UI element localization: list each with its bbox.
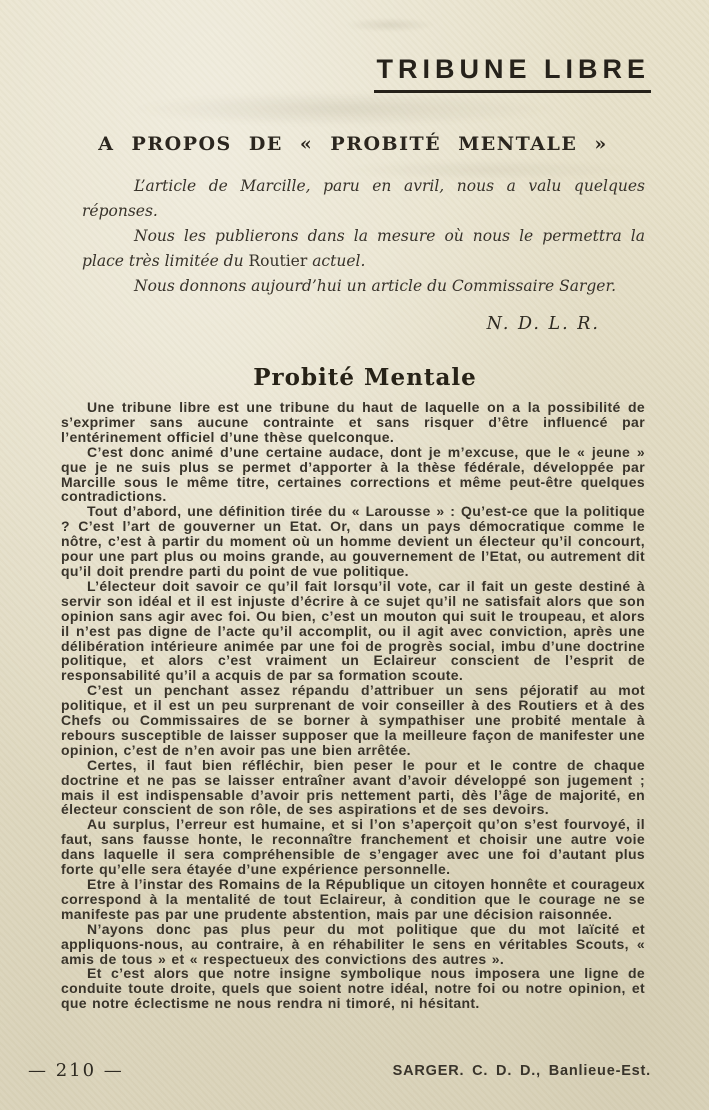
body-paragraph: N’ayons donc pas plus peur du mot politi… xyxy=(61,922,645,967)
body-paragraph: C’est donc animé d’une certaine audace, … xyxy=(61,445,645,505)
masthead: TRIBUNE LIBRE xyxy=(61,54,645,93)
section-title: Probité Mentale xyxy=(73,364,657,391)
scanned-magazine-page: TRIBUNE LIBRE A PROPOS DE « PROBITÉ MENT… xyxy=(0,0,709,1110)
body-paragraph: Au surplus, l’erreur est humaine, et si … xyxy=(61,817,645,877)
journal-name: Routier xyxy=(249,252,308,270)
body-paragraph: Une tribune libre est une tribune du hau… xyxy=(61,400,645,445)
body-paragraph: Tout d’abord, une définition tirée du « … xyxy=(61,504,645,579)
body-paragraph: Certes, il faut bien réfléchir, bien pes… xyxy=(61,758,645,818)
text-column: TRIBUNE LIBRE A PROPOS DE « PROBITÉ MENT… xyxy=(0,0,709,1011)
editorial-byline: N. D. L. R. xyxy=(61,314,645,334)
article-body: Une tribune libre est une tribune du hau… xyxy=(61,400,645,1011)
editorial-intro: L’article de Marcille, paru en avril, no… xyxy=(61,174,645,299)
intro-paragraph: Nous les publierons dans la mesure où no… xyxy=(82,224,645,274)
article-heading: A PROPOS DE « PROBITÉ MENTALE » xyxy=(61,133,645,155)
body-paragraph: Etre à l’instar des Romains de la Républ… xyxy=(61,877,645,922)
body-paragraph: L’électeur doit savoir ce qu’il fait lor… xyxy=(61,579,645,683)
body-paragraph: C’est un penchant assez répandu d’attrib… xyxy=(61,683,645,758)
page-number: — 210 — xyxy=(28,1060,124,1081)
author-signature: SARGER. C. D. D., Banlieue-Est. xyxy=(393,1063,651,1079)
intro-paragraph-text: actuel. xyxy=(307,252,365,270)
intro-paragraph: Nous donnons aujourd’hui un article du C… xyxy=(82,274,645,299)
intro-paragraph: L’article de Marcille, paru en avril, no… xyxy=(82,174,645,224)
body-paragraph: Et c’est alors que notre insigne symboli… xyxy=(61,966,645,1011)
masthead-title: TRIBUNE LIBRE xyxy=(374,54,652,93)
